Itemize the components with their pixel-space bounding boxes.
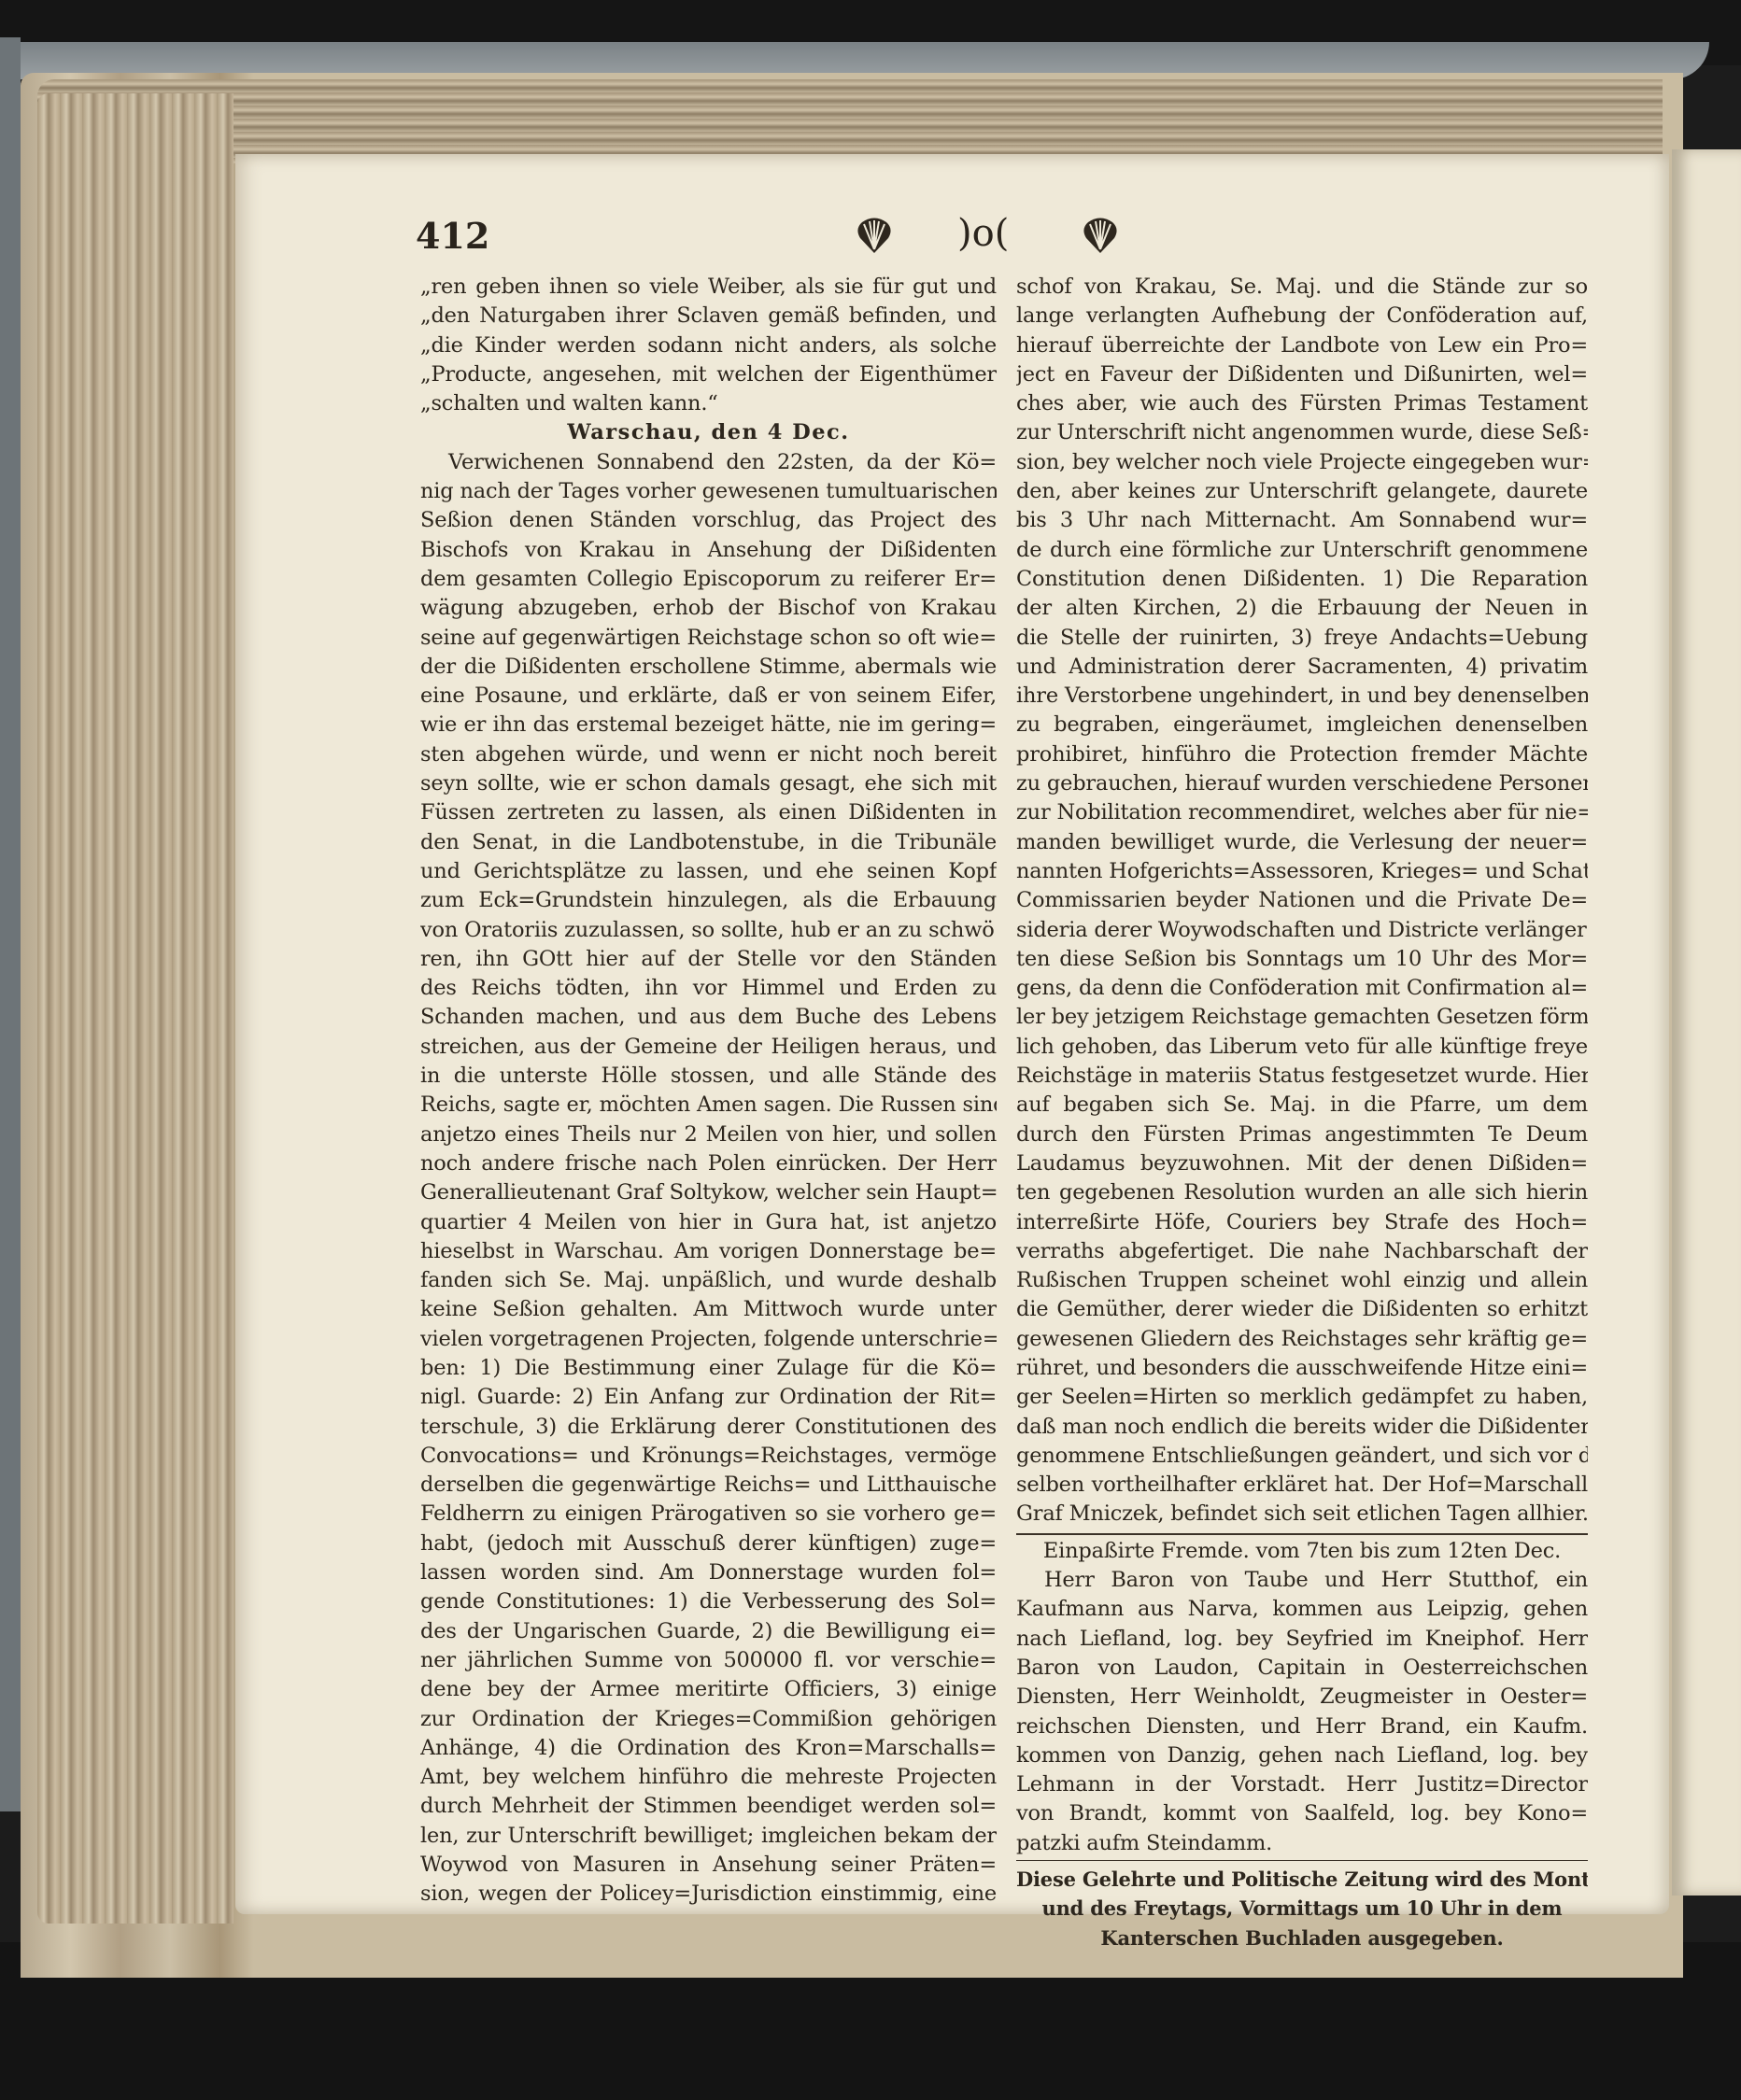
body-line: gens, da denn die Conföderation mit Conf…	[1016, 974, 1588, 1003]
body-line: ren, ihn GOtt hier auf der Stelle vor de…	[420, 945, 997, 974]
body-line: des der Ungarischen Guarde, 2) die Bewil…	[420, 1617, 997, 1646]
body-line: len, zur Unterschrift bewilliget; imglei…	[420, 1822, 997, 1851]
dateline-warschau: Warschau, den 4 Dec.	[420, 418, 997, 447]
body-line: vielen vorgetragenen Projecten, folgende…	[420, 1325, 997, 1354]
body-line: ject en Faveur der Dißidenten und Dißuni…	[1016, 360, 1588, 389]
scan-background-left	[0, 37, 21, 1811]
body-line: lassen worden sind. Am Donnerstage wurde…	[420, 1558, 997, 1587]
body-line: Anhänge, 4) die Ordination des Kron=Mars…	[420, 1734, 997, 1763]
body-line: seine auf gegenwärtigen Reichstage schon…	[420, 624, 997, 653]
body-line: streichen, aus der Gemeine der Heiligen …	[420, 1033, 997, 1062]
body-line: bis 3 Uhr nach Mitternacht. Am Sonnabend…	[1016, 506, 1588, 535]
quote-line: „schalten und walten kann.“	[420, 389, 997, 418]
right-column: schof von Krakau, Se. Maj. und die Ständ…	[1016, 273, 1588, 1952]
body-line: ten diese Seßion bis Sonntags um 10 Uhr …	[1016, 945, 1588, 974]
facing-page-edge	[1672, 149, 1741, 1896]
body-line: habt, (jedoch mit Ausschuß derer künftig…	[420, 1529, 997, 1558]
body-line: Amt, bey welchem hinführo die mehreste P…	[420, 1763, 997, 1792]
body-line: fanden sich Se. Maj. unpäßlich, und wurd…	[420, 1266, 997, 1295]
body-line: schof von Krakau, Se. Maj. und die Ständ…	[1016, 273, 1588, 302]
body-line: die Stelle der ruinirten, 3) freye Andac…	[1016, 624, 1588, 653]
body-line: Reichstäge in materiis Status festgesetz…	[1016, 1062, 1588, 1091]
body-line: der die Dißidenten erschollene Stimme, a…	[420, 653, 997, 682]
body-line: eine Posaune, und erklärte, daß er von s…	[420, 682, 997, 711]
body-line: wägung abzugeben, erhob der Bischof von …	[420, 594, 997, 623]
body-line: des Reichs tödten, ihn vor Himmel und Er…	[420, 974, 997, 1003]
header-ornament-middle: )o(	[957, 212, 1009, 255]
arrivals-line: nach Liefland, log. bey Seyfried im Knei…	[1016, 1625, 1588, 1654]
body-line: in die unterste Hölle stossen, und alle …	[420, 1062, 997, 1091]
body-line: prohibiret, hinführo die Protection frem…	[1016, 740, 1588, 769]
body-line: Commissarien beyder Nationen und die Pri…	[1016, 886, 1588, 915]
quote-line: „den Naturgaben ihrer Sclaven gemäß befi…	[420, 302, 997, 331]
body-line: keine Seßion gehalten. Am Mittwoch wurde…	[420, 1295, 997, 1324]
page-header: 412 )o(	[416, 210, 1583, 266]
body-line: durch den Fürsten Primas angestimmten Te…	[1016, 1120, 1588, 1149]
body-line: noch andere frische nach Polen einrücken…	[420, 1149, 997, 1178]
footer-divider	[1016, 1860, 1588, 1861]
body-line: Reichs, sagte er, möchten Amen sagen. Di…	[420, 1091, 997, 1120]
body-line: lich gehoben, das Liberum veto für alle …	[1016, 1033, 1588, 1062]
arrivals-line: von Brandt, kommt von Saalfeld, log. bey…	[1016, 1799, 1588, 1828]
body-line: sten abgehen würde, und wenn er nicht no…	[420, 740, 997, 769]
arrivals-line: Baron von Laudon, Capitain in Oesterreic…	[1016, 1654, 1588, 1683]
publication-note: Kanterschen Buchladen ausgegeben.	[1016, 1924, 1588, 1952]
body-line: sideria derer Woywodschaften und Distric…	[1016, 916, 1588, 945]
body-line: von Oratoriis zuzulassen, so sollte, hub…	[420, 916, 997, 945]
body-line: Woywod von Masuren in Ansehung seiner Pr…	[420, 1851, 997, 1880]
arrivals-line: Herr Baron von Taube und Herr Stutthof, …	[1016, 1566, 1588, 1595]
body-line: interreßirte Höfe, Couriers bey Strafe d…	[1016, 1208, 1588, 1237]
body-line: nannten Hofgerichts=Assessoren, Krieges=…	[1016, 857, 1588, 886]
section-divider	[1016, 1533, 1588, 1535]
arrivals-line: kommen von Danzig, gehen nach Liefland, …	[1016, 1741, 1588, 1770]
body-line: ner jährlichen Summe von 500000 fl. vor …	[420, 1646, 997, 1675]
body-line: dem gesamten Collegio Episcoporum zu rei…	[420, 565, 997, 594]
body-line: zur Nobilitation recommendiret, welches …	[1016, 798, 1588, 827]
publication-note: und des Freytags, Vormittags um 10 Uhr i…	[1016, 1894, 1588, 1923]
body-line: und Administration derer Sacramenten, 4)…	[1016, 653, 1588, 682]
body-line: zu begraben, eingeräumet, imgleichen den…	[1016, 711, 1588, 740]
body-line: daß man noch endlich die bereits wider d…	[1016, 1413, 1588, 1442]
body-line: ger Seelen=Hirten so merklich gedämpfet …	[1016, 1383, 1588, 1412]
body-line: terschule, 3) die Erklärung derer Consti…	[420, 1413, 997, 1442]
body-line: Laudamus beyzuwohnen. Mit der denen Dißi…	[1016, 1149, 1588, 1178]
body-line: lange verlangten Aufhebung der Confödera…	[1016, 302, 1588, 331]
arrivals-line: reichschen Diensten, und Herr Brand, ein…	[1016, 1712, 1588, 1741]
shell-ornament-icon	[853, 216, 896, 255]
book-page-edges-top	[37, 79, 1663, 163]
body-line: dene bey der Armee meritirte Officiers, …	[420, 1675, 997, 1704]
body-line: Convocations= und Krönungs=Reichstages, …	[420, 1442, 997, 1471]
body-line: gende Constitutiones: 1) die Verbesserun…	[420, 1587, 997, 1616]
body-line: Füssen zertreten zu lassen, als einen Di…	[420, 798, 997, 827]
body-line: manden bewilliget wurde, die Verlesung d…	[1016, 828, 1588, 857]
body-line: Seßion denen Ständen vorschlug, das Proj…	[420, 506, 997, 535]
body-line: gewesenen Gliedern des Reichstages sehr …	[1016, 1325, 1588, 1354]
body-line: nig nach der Tages vorher gewesenen tumu…	[420, 477, 997, 506]
body-line: ben: 1) Die Bestimmung einer Zulage für …	[420, 1354, 997, 1383]
arrivals-heading: Einpaßirte Fremde. vom 7ten bis zum 12te…	[1016, 1537, 1588, 1566]
body-line: ches aber, wie auch des Fürsten Primas T…	[1016, 389, 1588, 418]
body-line: derselben die gegenwärtige Reichs= und L…	[420, 1471, 997, 1500]
body-line: Generallieutenant Graf Soltykow, welcher…	[420, 1178, 997, 1207]
body-line: hierauf überreichte der Landbote von Lew…	[1016, 331, 1588, 360]
body-line: Schanden machen, und aus dem Buche des L…	[420, 1003, 997, 1032]
body-line: genommene Entschließungen geändert, und …	[1016, 1442, 1588, 1471]
body-line: Rußischen Truppen scheinet wohl einzig u…	[1016, 1266, 1588, 1295]
arrivals-line: patzki aufm Steindamm.	[1016, 1829, 1588, 1858]
arrivals-line: Kaufmann aus Narva, kommen aus Leipzig, …	[1016, 1595, 1588, 1624]
body-line: ihre Verstorbene ungehindert, in und bey…	[1016, 682, 1588, 711]
left-column: „ren geben ihnen so viele Weiber, als si…	[420, 273, 997, 1910]
body-line: sion, wegen der Policey=Jurisdiction ein…	[420, 1880, 997, 1909]
body-line: die Gemüther, derer wieder die Dißidente…	[1016, 1295, 1588, 1324]
body-line: wie er ihn das erstemal bezeiget hätte, …	[420, 711, 997, 740]
body-line: nigl. Guarde: 2) Ein Anfang zur Ordinati…	[420, 1383, 997, 1412]
quote-line: „Producte, angesehen, mit welchen der Ei…	[420, 360, 997, 389]
body-line: und Gerichtsplätze zu lassen, und ehe se…	[420, 857, 997, 886]
body-line: durch Mehrheit der Stimmen beendiget wer…	[420, 1792, 997, 1821]
body-line: hieselbst in Warschau. Am vorigen Donner…	[420, 1237, 997, 1266]
body-line: seyn sollte, wie er schon damals gesagt,…	[420, 769, 997, 798]
page-number: 412	[416, 215, 489, 257]
body-line: der alten Kirchen, 2) die Erbauung der N…	[1016, 594, 1588, 623]
shell-ornament-icon	[1079, 216, 1122, 255]
body-line: verraths abgefertiget. Die nahe Nachbars…	[1016, 1237, 1588, 1266]
body-line: Graf Mniczek, befindet sich seit etliche…	[1016, 1500, 1588, 1529]
body-line: den Senat, in die Landbotenstube, in die…	[420, 828, 997, 857]
body-line: zur Unterschrift nicht angenommen wurde,…	[1016, 418, 1588, 447]
body-line: den, aber keines zur Unterschrift gelang…	[1016, 477, 1588, 506]
body-line: ler bey jetzigem Reichstage gemachten Ge…	[1016, 1003, 1588, 1032]
arrivals-line: Lehmann in der Vorstadt. Herr Justitz=Di…	[1016, 1770, 1588, 1799]
body-line: Bischofs von Krakau in Ansehung der Dißi…	[420, 536, 997, 565]
book-page-edges-left	[37, 93, 234, 1924]
body-line: anjetzo eines Theils nur 2 Meilen von hi…	[420, 1120, 997, 1149]
body-line: sion, bey welcher noch viele Projecte ei…	[1016, 448, 1588, 477]
quote-line: „die Kinder werden sodann nicht anders, …	[420, 331, 997, 360]
body-line: selben vortheilhafter erkläret hat. Der …	[1016, 1471, 1588, 1500]
quote-line: „ren geben ihnen so viele Weiber, als si…	[420, 273, 997, 302]
body-line: Verwichenen Sonnabend den 22sten, da der…	[420, 448, 997, 477]
body-line: rühret, und besonders die ausschweifende…	[1016, 1354, 1588, 1383]
body-line: zur Ordination der Krieges=Commißion geh…	[420, 1705, 997, 1734]
body-line: auf begaben sich Se. Maj. in die Pfarre,…	[1016, 1091, 1588, 1120]
body-line: ten gegebenen Resolution wurden an alle …	[1016, 1178, 1588, 1207]
arrivals-line: Diensten, Herr Weinholdt, Zeugmeister in…	[1016, 1683, 1588, 1712]
body-line: Feldherrn zu einigen Prärogativen so sie…	[420, 1500, 997, 1529]
publication-note: Diese Gelehrte und Politische Zeitung wi…	[1016, 1865, 1588, 1894]
body-line: quartier 4 Meilen von hier in Gura hat, …	[420, 1208, 997, 1237]
body-line: zu gebrauchen, hierauf wurden verschiede…	[1016, 769, 1588, 798]
body-line: Constitution denen Dißidenten. 1) Die Re…	[1016, 565, 1588, 594]
body-line: zum Eck=Grundstein hinzulegen, als die E…	[420, 886, 997, 915]
body-line: de durch eine förmliche zur Unterschrift…	[1016, 536, 1588, 565]
